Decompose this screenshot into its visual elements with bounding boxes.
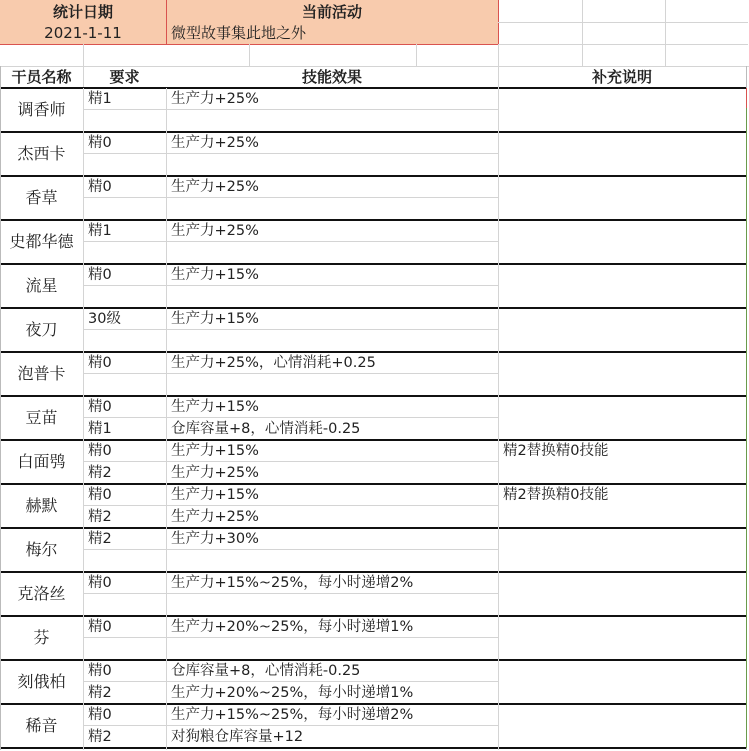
row-border [0, 483, 746, 485]
effect-cell[interactable]: 生产力+20%~25%，每小时递增1% [166, 682, 498, 704]
effect-cell[interactable]: 生产力+15%~25%，每小时递增2% [166, 704, 498, 726]
effect-cell[interactable]: 生产力+25% [166, 462, 498, 484]
requirement-cell[interactable]: 精2 [83, 726, 166, 748]
gridline [249, 44, 250, 66]
operator-name[interactable]: 杰西卡 [0, 132, 83, 176]
gridline [416, 44, 417, 66]
spreadsheet: 统计日期 2021-1-11 当前活动 微型故事集此地之外 干员名称 要求 技能… [0, 0, 749, 751]
row-border [0, 659, 746, 661]
effect-cell[interactable] [166, 198, 498, 220]
gridline [83, 681, 498, 682]
note-cell[interactable] [498, 264, 746, 286]
effect-cell[interactable]: 仓库容量+8，心情消耗-0.25 [166, 418, 498, 440]
requirement-cell[interactable] [83, 638, 166, 660]
gridline [83, 153, 498, 154]
gridline [83, 285, 498, 286]
requirement-cell[interactable]: 精0 [83, 176, 166, 198]
effect-cell[interactable]: 对狗粮仓库容量+12 [166, 726, 498, 748]
operator-name[interactable]: 赫默 [0, 484, 83, 528]
effect-cell[interactable] [166, 374, 498, 396]
effect-cell[interactable] [166, 242, 498, 264]
note-cell[interactable] [498, 132, 746, 154]
effect-cell[interactable]: 生产力+25% [166, 132, 498, 154]
operator-name[interactable]: 香草 [0, 176, 83, 220]
row-border [0, 439, 746, 441]
note-cell[interactable] [498, 528, 746, 550]
effect-cell[interactable]: 生产力+25% [166, 176, 498, 198]
col-header-effect[interactable]: 技能效果 [166, 66, 498, 88]
effect-cell[interactable]: 生产力+15%~25%，每小时递增2% [166, 572, 498, 594]
operator-name[interactable]: 夜刀 [0, 308, 83, 352]
effect-cell[interactable]: 生产力+15% [166, 264, 498, 286]
row-border [0, 175, 746, 177]
requirement-cell[interactable]: 精1 [83, 220, 166, 242]
row-border [0, 219, 746, 221]
note-cell[interactable] [498, 616, 746, 638]
gridline [166, 88, 167, 750]
gridline [83, 329, 498, 330]
requirement-cell[interactable]: 精0 [83, 616, 166, 638]
note-cell[interactable] [498, 176, 746, 198]
row-border [0, 87, 747, 89]
effect-cell[interactable] [166, 286, 498, 308]
gridline [83, 461, 498, 462]
operator-name[interactable]: 调香师 [0, 88, 83, 132]
requirement-cell[interactable]: 精0 [83, 264, 166, 286]
requirement-cell[interactable]: 精0 [83, 396, 166, 418]
activity-label: 当前活动 [166, 2, 498, 22]
requirement-cell[interactable]: 精2 [83, 506, 166, 528]
gridline [0, 66, 1, 750]
gridline [83, 197, 498, 198]
requirement-cell[interactable] [83, 110, 166, 132]
row-border [0, 307, 746, 309]
effect-cell[interactable]: 生产力+20%~25%，每小时递增1% [166, 616, 498, 638]
gridline [83, 109, 498, 110]
requirement-cell[interactable]: 精0 [83, 572, 166, 594]
date-value: 2021-1-11 [0, 23, 166, 43]
note-cell[interactable] [498, 308, 746, 330]
effect-cell[interactable] [166, 330, 498, 352]
date-label: 统计日期 [0, 2, 166, 22]
effect-cell[interactable]: 生产力+25%，心情消耗+0.25 [166, 352, 498, 374]
row-border [0, 703, 746, 705]
gridline [83, 373, 498, 374]
gridline [83, 505, 498, 506]
gridline [0, 66, 749, 67]
effect-cell[interactable]: 生产力+25% [166, 506, 498, 528]
gridline [665, 0, 666, 66]
requirement-cell[interactable] [83, 154, 166, 176]
effect-cell[interactable]: 生产力+15% [166, 396, 498, 418]
gridline [83, 593, 498, 594]
effect-cell[interactable]: 生产力+15% [166, 308, 498, 330]
effect-cell[interactable] [166, 110, 498, 132]
effect-cell[interactable]: 仓库容量+8，心情消耗-0.25 [166, 660, 498, 682]
requirement-cell[interactable]: 精0 [83, 352, 166, 374]
operator-name[interactable]: 芬 [0, 616, 83, 660]
gridline [83, 725, 498, 726]
requirement-cell[interactable]: 精0 [83, 440, 166, 462]
note-cell[interactable] [498, 396, 746, 418]
gridline [498, 44, 748, 45]
requirement-cell[interactable] [83, 198, 166, 220]
requirement-cell[interactable]: 精0 [83, 484, 166, 506]
operator-name[interactable]: 流星 [0, 264, 83, 308]
gridline [498, 66, 499, 750]
gridline [83, 549, 498, 550]
cell-marker [746, 108, 747, 748]
operator-name[interactable]: 豆苗 [0, 396, 83, 440]
requirement-cell[interactable] [83, 594, 166, 616]
note-cell[interactable] [498, 88, 746, 110]
requirement-cell[interactable]: 精2 [83, 528, 166, 550]
gridline [83, 88, 84, 750]
operator-name[interactable]: 梅尔 [0, 528, 83, 572]
row-border [0, 131, 747, 133]
row-border [0, 747, 746, 749]
operator-name[interactable]: 克洛丝 [0, 572, 83, 616]
requirement-cell[interactable]: 精2 [83, 462, 166, 484]
effect-cell[interactable]: 生产力+25% [166, 220, 498, 242]
operator-name[interactable]: 泡普卡 [0, 352, 83, 396]
operator-name[interactable]: 稀音 [0, 704, 83, 748]
operator-name[interactable]: 史都华德 [0, 220, 83, 264]
row-border [0, 571, 746, 573]
effect-cell[interactable] [166, 154, 498, 176]
gridline [83, 637, 498, 638]
note-cell[interactable] [498, 220, 746, 242]
activity-value: 微型故事集此地之外 [171, 23, 491, 43]
gridline [83, 44, 84, 66]
gridline [582, 0, 583, 66]
requirement-cell[interactable] [83, 286, 166, 308]
note-cell[interactable] [498, 704, 746, 726]
requirement-cell[interactable]: 精1 [83, 418, 166, 440]
requirement-cell[interactable]: 精2 [83, 682, 166, 704]
note-cell[interactable]: 精2替换精0技能 [498, 484, 746, 506]
cell-marker [746, 88, 747, 108]
gridline [83, 66, 84, 88]
effect-cell[interactable]: 生产力+15% [166, 440, 498, 462]
header-divider [166, 0, 167, 44]
note-cell[interactable] [498, 660, 746, 682]
gridline [83, 417, 498, 418]
row-border [0, 263, 746, 265]
row-border [0, 615, 746, 617]
requirement-cell[interactable]: 精0 [83, 704, 166, 726]
effect-cell[interactable]: 生产力+25% [166, 88, 498, 110]
col-header-note[interactable]: 补充说明 [498, 66, 746, 88]
note-cell[interactable] [498, 352, 746, 374]
requirement-cell[interactable]: 精0 [83, 132, 166, 154]
gridline [498, 22, 748, 23]
requirement-cell[interactable]: 精0 [83, 660, 166, 682]
requirement-cell[interactable] [83, 330, 166, 352]
row-border [0, 395, 746, 397]
effect-cell[interactable]: 生产力+15% [166, 484, 498, 506]
requirement-cell[interactable]: 30级 [83, 308, 166, 330]
row-border [0, 351, 746, 353]
requirement-cell[interactable] [83, 242, 166, 264]
effect-cell[interactable]: 生产力+30% [166, 528, 498, 550]
note-cell[interactable]: 精2替换精0技能 [498, 440, 746, 462]
col-header-req[interactable]: 要求 [83, 66, 166, 88]
operator-name[interactable]: 白面鸮 [0, 440, 83, 484]
effect-cell[interactable] [166, 550, 498, 572]
requirement-cell[interactable]: 精1 [83, 88, 166, 110]
note-cell[interactable] [498, 572, 746, 594]
operator-name[interactable]: 刻俄柏 [0, 660, 83, 704]
requirement-cell[interactable] [83, 550, 166, 572]
effect-cell[interactable] [166, 594, 498, 616]
gridline [83, 241, 498, 242]
row-border [0, 527, 746, 529]
col-header-name[interactable]: 干员名称 [0, 66, 83, 88]
requirement-cell[interactable] [83, 374, 166, 396]
effect-cell[interactable] [166, 638, 498, 660]
